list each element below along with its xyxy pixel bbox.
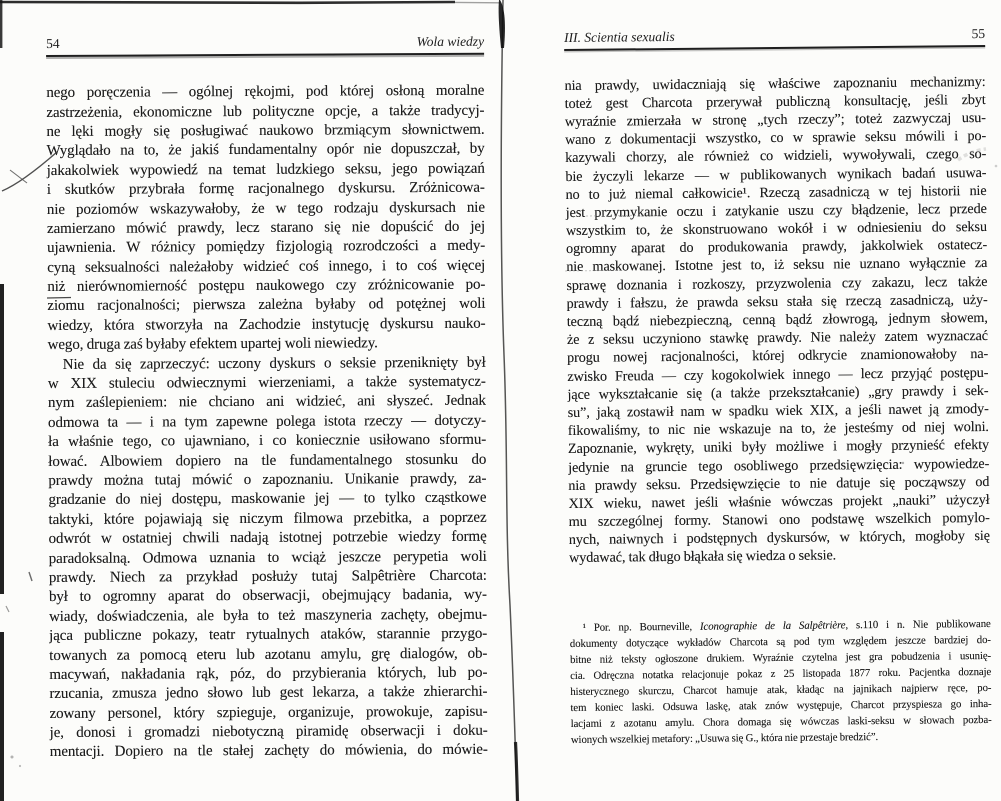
scan-edge-top [0, 2, 455, 3]
text-line: wiady, doświadczenia, ale była to też ma… [49, 605, 487, 627]
text-line: nie poziomów wskazywałoby, że w tego rod… [47, 198, 485, 220]
text-line: macywań, nakładania rąk, póz, do przybie… [49, 664, 487, 686]
right-page-header: III. Scientia sexualis 55 [564, 26, 985, 46]
text-line: i skutków przybrała formę racjonalnego d… [47, 179, 485, 201]
text-line: ziomu racjonalności; pierwsza zależna by… [47, 295, 485, 317]
speck-2 [11, 756, 14, 759]
text-line: zamierzano mówić prawdy, lecz starano si… [47, 218, 485, 240]
book-scan-spread: 54 Wola wiedzy nego poręczenia — ogólnej… [0, 0, 1001, 801]
scan-edge-left-top [0, 0, 2, 48]
text-line: jakakolwiek wypowiedź na temat ludzkiego… [47, 159, 485, 181]
footnote-text-post: , s.110 i n. Nie publikowane [845, 618, 990, 631]
text-line: zastrzeżenia, ekonomiczne lub polityczne… [46, 101, 484, 123]
right-page-number: 55 [971, 26, 985, 42]
footnote: ¹ Por. np. Bourneville, Iconographie de … [570, 616, 992, 748]
text-line: nego poręczenia — ogólnej rękojmi, pod k… [46, 82, 484, 104]
text-line: był to ogromny aparat do obserwacji, obe… [49, 586, 487, 608]
scan-edge-left-upper [0, 284, 4, 594]
left-header-rule [46, 53, 484, 57]
text-line: odwrót w ostatniej chwili nadają istotne… [49, 528, 487, 550]
text-line: mentacji. Dopiero na tle stałej zachęty … [50, 741, 488, 763]
scan-edge-left-lower [0, 632, 4, 801]
speck-3 [19, 765, 21, 767]
text-line: wydawać, tak długo błąkała się wiedza o … [569, 545, 990, 567]
text-line: ła właśnie tego, co ujawniano, i co koni… [48, 431, 486, 453]
text-line: rzucania, zmusza jedno słowo lub gest le… [49, 683, 487, 705]
text-line: taktyki, które pojawiają się niczym film… [48, 508, 486, 530]
gutter-shadow [501, 0, 517, 801]
text-line: odmowa ta — i na tym zapewne polega isto… [48, 412, 486, 434]
footnote-lines: dokumenty dotyczące wykładów Charcota są… [570, 632, 992, 748]
text-line: wego, druga zaś byłaby efektem upartej w… [48, 334, 486, 356]
left-page-text: nego poręczenia — ogólnej rękojmi, pod k… [46, 82, 488, 763]
right-page: III. Scientia sexualis 55 nia prawdy, uw… [564, 26, 992, 748]
text-line: wiedzy, która stworzyła na Zachodzie ins… [47, 315, 485, 337]
left-page: 54 Wola wiedzy nego poręczenia — ogólnej… [46, 34, 488, 763]
text-line: zowany personel, który szpieguje, organi… [50, 702, 488, 724]
footnote-book-title: Iconographie de la Salpêtrière [700, 619, 846, 632]
pen-mark-small [29, 572, 32, 581]
text-line: ujawnienia. W różnicy pomiędzy fizjologi… [47, 237, 485, 259]
right-header-rule [564, 45, 985, 51]
text-line: Nie da się zaprzeczyć: uczony dyskurs o … [48, 353, 486, 375]
text-line: w XIX stuleciu odwiecznymi wierzeniami, … [48, 373, 486, 395]
gutter-bottom-thick [516, 742, 518, 801]
text-line: łować. Albowiem dopiero na tle fundament… [48, 450, 486, 472]
speck-4 [995, 165, 998, 168]
text-line: jąca publiczne pokazy, teatr rytualnych … [49, 625, 487, 647]
pen-mark-margin-dot [6, 606, 9, 612]
text-line: nym zaślepieniem: nie chciano ani widzie… [48, 392, 486, 414]
text-line: towanych za pomocą eteru lub azotanu amy… [49, 644, 487, 666]
gutter-top-blob [499, 0, 505, 48]
text-line: paradoksalną. Odmowa uznania to wciąż je… [49, 547, 487, 569]
left-page-header: 54 Wola wiedzy [46, 34, 484, 52]
text-line: ne lęki mogły się posługiwać naukowo brz… [46, 121, 484, 143]
text-line: prawdy można tutaj mówić o zapoznaniu. U… [48, 470, 486, 492]
right-page-text: nia prawdy, uwidaczniają się właściwe za… [564, 73, 990, 568]
text-line: gradzanie do niej dostępu, maskowanie je… [48, 489, 486, 511]
pen-mark-tick [10, 170, 27, 183]
text-line: prawdy. Niech za przykład posłuży tutaj … [49, 567, 487, 589]
text-line: cyną seksualności należałoby widzieć coś… [47, 256, 485, 278]
left-running-head: Wola wiedzy [417, 34, 484, 50]
text-line: Wyglądało na to, że jakiś fundamentalny … [47, 140, 485, 162]
left-page-number: 54 [46, 36, 60, 52]
right-running-head: III. Scientia sexualis [564, 29, 675, 46]
text-line: niż nierównomierność postępu naukowego c… [47, 276, 485, 298]
footnote-text-pre: Por. np. Bourneville, [586, 620, 700, 633]
text-line: je, donosi i gromadzi niebotyczną pirami… [50, 722, 488, 744]
footnote-line: wionych wszelkiej metafory: „Usuwa się G… [571, 728, 992, 748]
